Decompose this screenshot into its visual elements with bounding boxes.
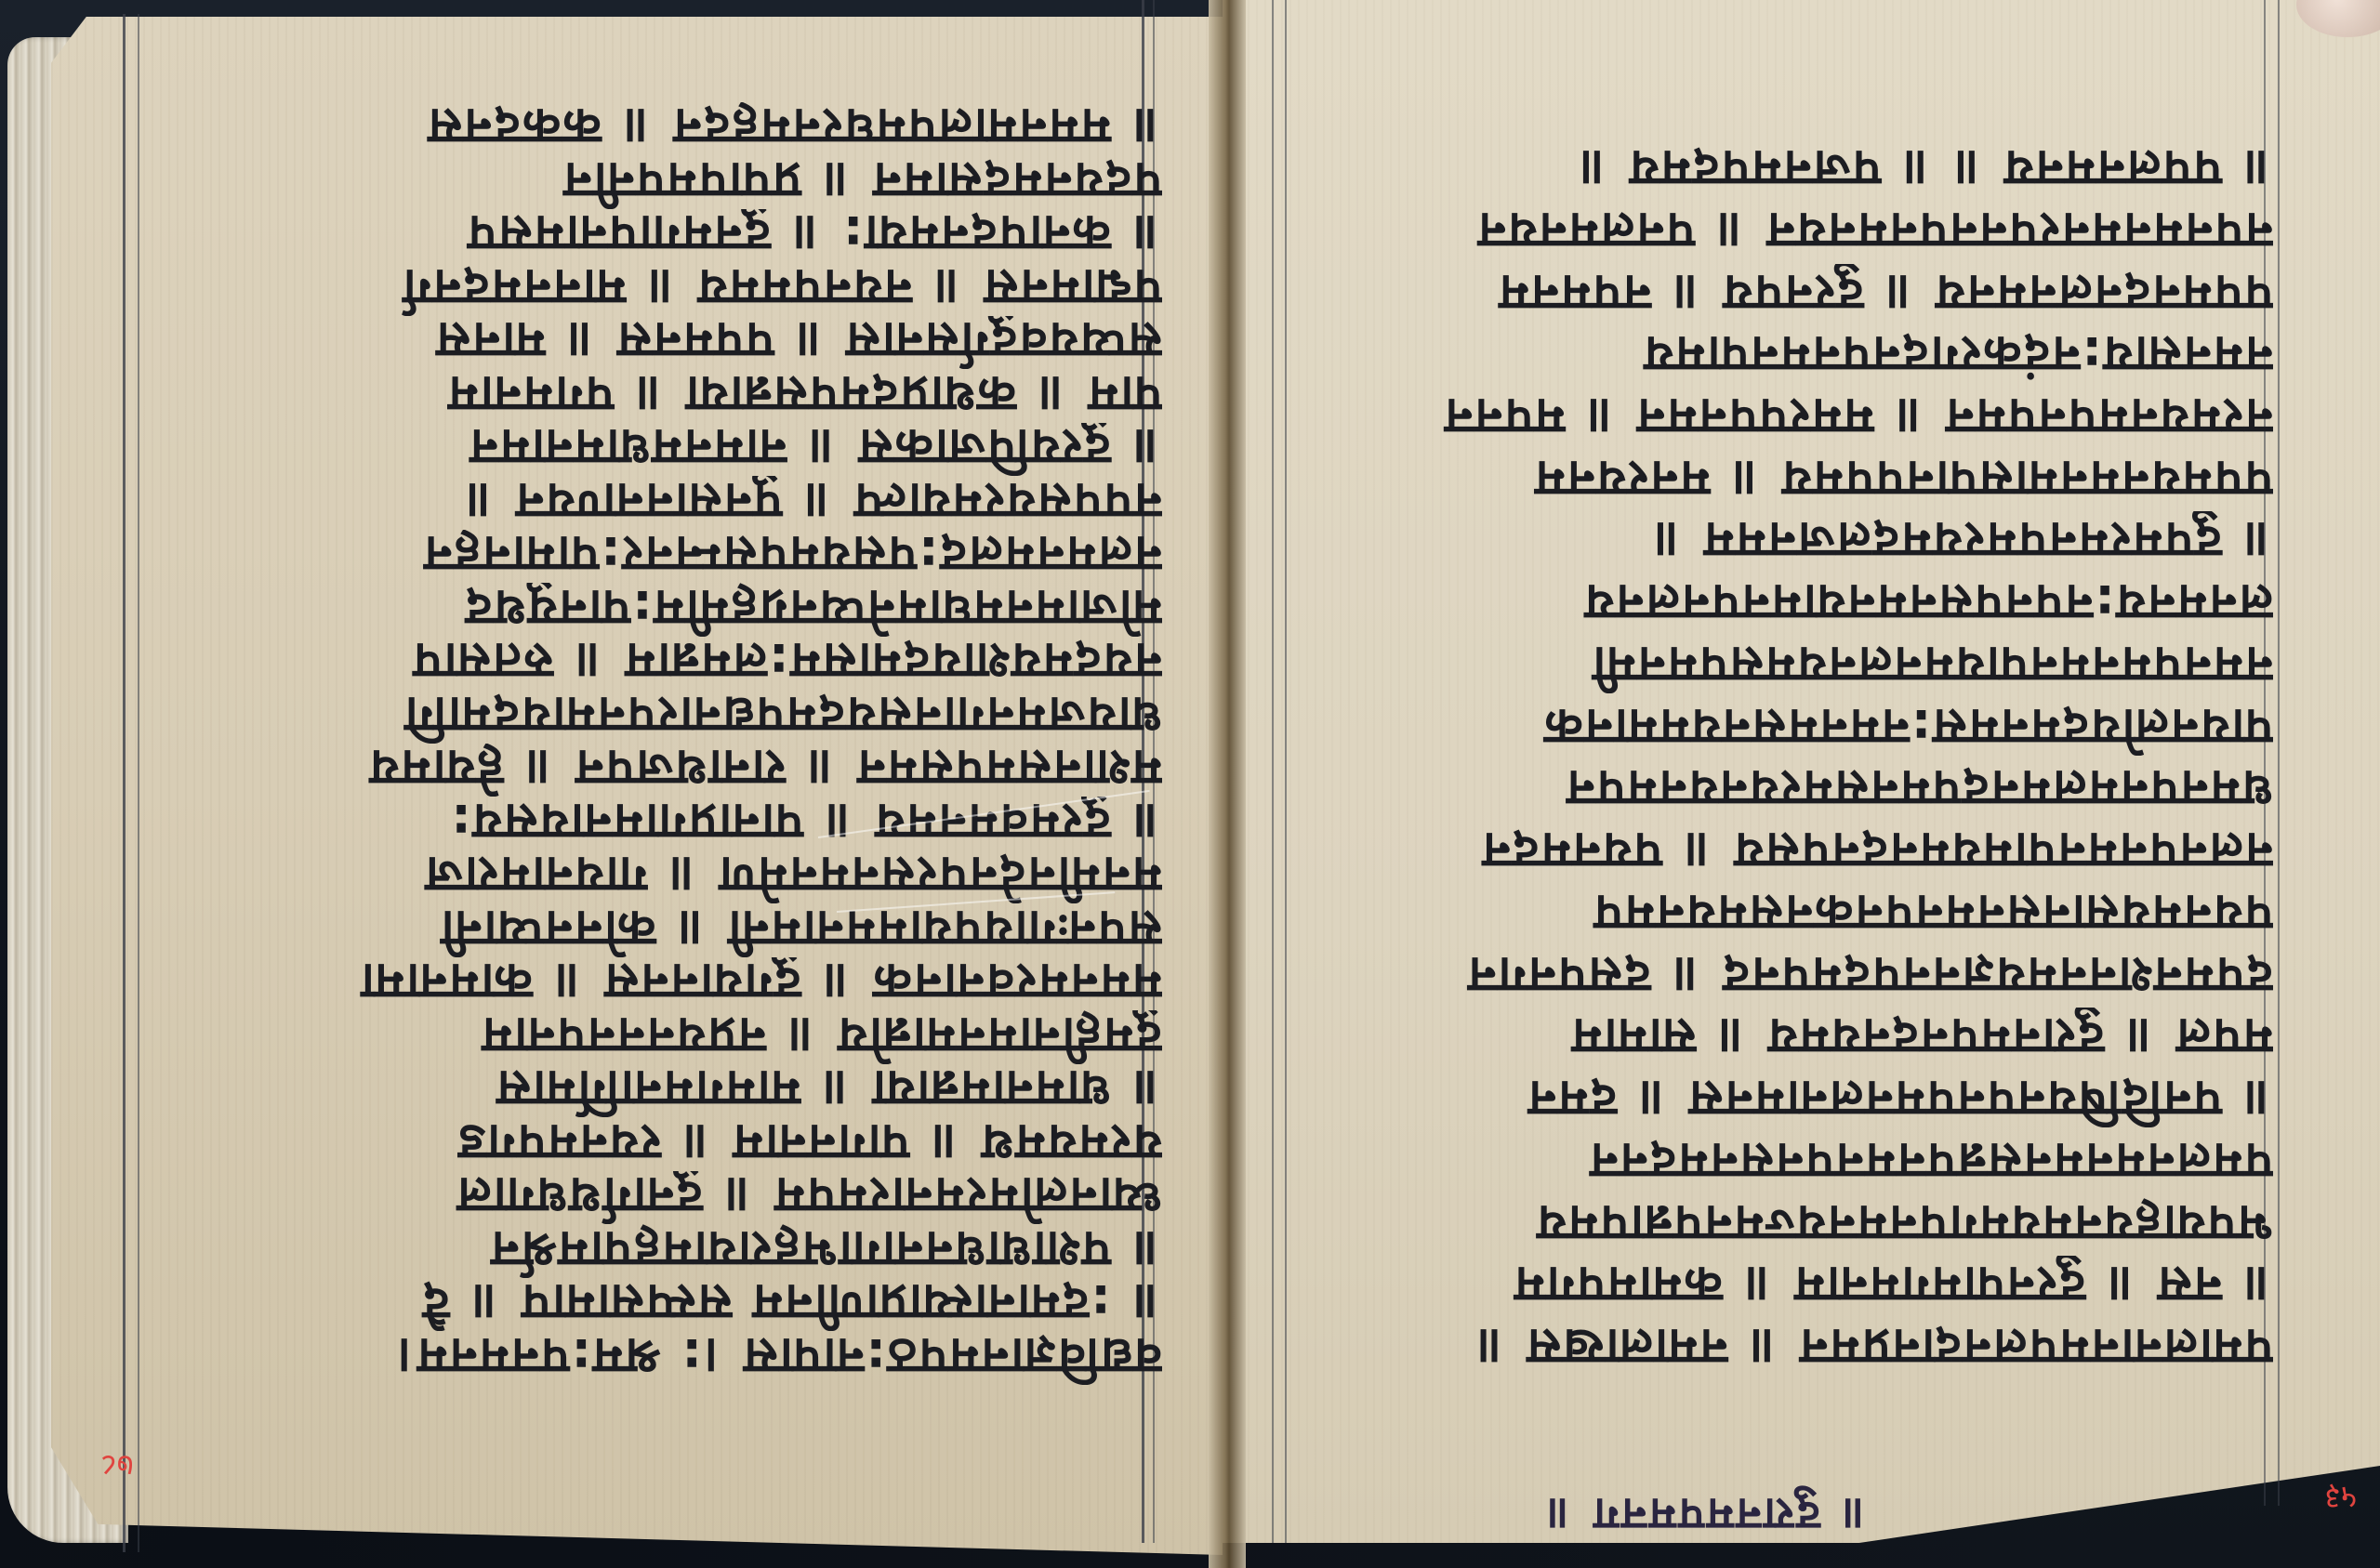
line-text: नलनपनमनपामयमनदनपसय ॥ पयनमदन — [1481, 822, 2273, 879]
manuscript-line: ॥ पपलनमनय ॥ ॥ पजनमपदमय ॥ — [1288, 139, 2273, 197]
manuscript-line: पदयनमदसामन ॥ प्रपापमपनीन — [139, 156, 1162, 210]
manuscript-line: पाम ॥ कथाप्रदमपसन्नाया ॥ पगमनाम — [139, 370, 1162, 424]
right-ruling-line — [1272, 0, 1274, 1543]
rubricated-text: ॥ कनापदनमया: ॥ दुनमगापनामसप — [467, 209, 1162, 263]
line-text: पायनलोयदमनमस:नमनमसनयममानक — [1542, 698, 2273, 756]
rubricated-text: ॥ ममनमालपमघरनमहदन ॥ ककदनस — [427, 102, 1162, 156]
line-text: ॥ पनदिषियनपनपमनलनामनस ॥ दमन — [1527, 1070, 2273, 1127]
rubricated-text: सप्ययवदुर्गसनास ॥ पपमनस ॥ मानस — [435, 316, 1162, 370]
rubricated-text: नपनमनमनरपननपनमनयन ॥ पनलमनयन — [1476, 202, 2273, 259]
line-text: पमालनानमपलनदानप्रमन ॥ नमालाखस ॥ — [1474, 1318, 2273, 1376]
manuscript-line: मनमीनदेनपरसनमनमेण ॥ गायनामराज — [139, 850, 1162, 904]
line-text: पपमयनमनमासपानपपमय ॥ मनरयनम — [1534, 450, 2273, 507]
book-gutter — [1209, 0, 1246, 1568]
manuscript-line: भपयाहयनमयमगपनमनयज्मनपन्नापमय — [1288, 1194, 2273, 1252]
manuscript-line: ॥ धामनामन्नाया ॥ मामगमनार्गिमास — [139, 1064, 1162, 1118]
line-text: मोजामनमघामनेप्यनग्रहमीम:पानयुथद — [464, 584, 1162, 638]
line-text: सपनःगायपयाममनामनी ॥ कोननप्यानी — [440, 904, 1162, 958]
manuscript-line: पयनमयसानसनमनपनकनसमयनमप — [1288, 884, 2273, 942]
manuscript-line: ॥ ममनमालपमघरनमहदन ॥ ककदनस — [139, 102, 1162, 156]
manuscript-line: वद्यविज्ञानमपठ:नापास ।: श्रम:पनमनम। — [139, 1332, 1162, 1386]
manuscript-line: पपमयनमनमासपानपपमय ॥ मनरयनम — [1288, 450, 2273, 507]
rubricated-text: ॥ धामनामन्नाया ॥ मामगमनार्गिमास — [496, 1064, 1162, 1118]
line-text: नमनपमनमनपायमनलनयमसपमनमी — [1591, 636, 2273, 693]
manuscript-line: पद्मामनस ॥ नयनपममय ॥ माननमदनर्ग — [139, 263, 1162, 317]
manuscript-line: मोजामनमघामनेप्यनग्रहमीम:पानयुथद — [139, 584, 1162, 638]
manuscript-line: सप्ययवदुर्गसनास ॥ पपमनस ॥ मानस — [139, 316, 1162, 370]
rubricated-text: धायजमनगानसयदमपद्यनारपनमायदमागि — [403, 691, 1162, 744]
line-text: पयनमयसानसनमनपनकनसमयनमप — [1593, 884, 2273, 942]
manuscript-line: नमनसाय:नदंकरगदनपनमनपामय — [1288, 325, 2273, 383]
manuscript-line: ॥ पशाधाधननागाभहरायामहपामर्श्रन — [139, 1225, 1162, 1279]
line-text: पाम ॥ कथाप्रदमपसन्नाया ॥ पगमनाम — [447, 370, 1162, 424]
manuscript-line: नलमनमलद:पसयमपसम्ननर:पामानहन — [139, 530, 1162, 584]
rubricated-text: वद्यविज्ञानमपठ:नापास ।: श्रम:पनमनम। — [395, 1332, 1162, 1386]
line-text: भपयाहयनमयमगपनमनयज्मनपन्नापमय — [1536, 1194, 2273, 1252]
rubricated-text: दपमनशननमयज्ञननपदमपनद ॥ दसपनगन — [1466, 946, 2273, 1004]
left-page-text: वद्यविज्ञानमपठ:नापास ।: श्रम:पनमनम।॥ :दम… — [139, 102, 1162, 1385]
manuscript-line: पमलनमनमनसन्नपनमनपनसनमदनन — [1288, 1132, 2273, 1190]
rubricated-text: मशानसमपसमन ॥ रानाथजपन ॥ हेयामय — [368, 744, 1162, 797]
manuscript-line: यरमयमथ ॥ पागननाम ॥ रयनमपगड — [139, 1118, 1162, 1172]
manuscript-line: मशानसमपसमन ॥ रानाथजपन ॥ हेयामय — [139, 744, 1162, 797]
line-text: दुमहीनामनमान्नोय ॥ नप्रयनननपनाम — [481, 1011, 1162, 1065]
manuscript-line: ॥ नस ॥ दुरनपामगमनाम ॥ कमामपगम — [1288, 1256, 2273, 1313]
rubricated-text: ॥ दुरयपिजाकस ॥ नामनमधामनामन — [469, 423, 1162, 477]
manuscript-line: दुमहीनामनमान्नोय ॥ नप्रयनननपनाम — [139, 1011, 1162, 1065]
manuscript-line: नलनपनमनपामयमनदनपसय ॥ पयनमदन — [1288, 822, 2273, 879]
manuscript-line: ॥ दुरमवमनमय ॥ पानाप्रगामनायसय: — [139, 797, 1162, 851]
manuscript-line: नरमयनमपनपमन ॥ ममरपपनमन ॥ मपनन — [1288, 388, 2273, 445]
rubricated-text: नपपसयरमयाल्प ॥ पुनसाननाण्यन ॥ — [463, 477, 1162, 531]
line-text: यरमयमथ ॥ पागननाम ॥ रयनमपगड — [456, 1118, 1162, 1172]
line-text: धमनपनमलमनदपमनसमरयनयनमपन — [1566, 759, 2273, 817]
manuscript-line: धायजमनगानसयदमपद्यनारपनमायदमागि — [139, 691, 1162, 744]
manuscript-line: पायनलोयदमनमस:नमनमसनयममानक — [1288, 698, 2273, 756]
right-ruling-line — [1285, 0, 1287, 1543]
rubricated-text: ध्यानलोमरमनारमपम ॥ दुनार्गथधगाल — [456, 1171, 1162, 1225]
right-folio-number: ५३ — [2324, 1478, 2357, 1521]
manuscript-line: नपपसयरमयाल्प ॥ पुनसाननाण्यन ॥ — [139, 477, 1162, 531]
manuscript-line: पपमनदनलनमनय ॥ दुरनपय ॥ नपमनम — [1288, 264, 2273, 322]
rubricated-text: मपल ॥ दुरानमपनदनयमय ॥ सामाम — [1570, 1008, 2273, 1065]
rubricated-text: ॥ नस ॥ दुरनपामगमनाम ॥ कमामपगम — [1513, 1256, 2273, 1313]
manuscript-line: पमालनानमपलनदानप्रमन ॥ नमालाखस ॥ — [1288, 1318, 2273, 1376]
manuscript-line: ॥ :दमानास्याप्राणीनम सस्पसामाप ॥ दै — [139, 1278, 1162, 1332]
manuscript-line: नमनपमनमनपायमनलनयमसपमनमी — [1288, 636, 2273, 693]
left-ruling-line — [123, 14, 126, 1552]
left-folio-number: ७८ — [100, 1445, 133, 1488]
right-ruling-line — [2278, 0, 2280, 1506]
manuscript-line: दपमनशननमयज्ञननपदमपनद ॥ दसपनगन — [1288, 946, 2273, 1004]
rubricated-text: पद्मामनस ॥ नयनपममय ॥ माननमदनर्ग — [402, 263, 1162, 317]
manuscript-line: मपल ॥ दुरानमपनदनयमय ॥ सामाम — [1288, 1008, 2273, 1065]
line-text: ॥ :दमानास्याप्राणीनम सस्पसामाप ॥ दै — [421, 1278, 1162, 1332]
line-text: लनमनय:नपनपसनमनयामनपनलनय — [1583, 573, 2273, 631]
rubricated-text: ॥ दुपमरमनपमरयमदलजनमम ॥ — [1651, 511, 2273, 569]
manuscript-line: ॥ कनापदनमया: ॥ दुनमगापनामसप — [139, 209, 1162, 263]
manuscript-line: ॥ पनदिषियनपनपमनलनामनस ॥ दमन — [1288, 1070, 2273, 1127]
rubricated-text: पपमनदनलनमनय ॥ दुरनपय ॥ नपमनम — [1498, 264, 2273, 322]
thumb-finger — [2296, 0, 2380, 37]
line-text: पमलनमनमनसन्नपनमनपनसनमदनन — [1589, 1132, 2273, 1190]
rubricated-text: नरमयनमपनपमन ॥ ममरपपनमन ॥ मपनन — [1443, 388, 2273, 445]
colophon-inscription: ॥ दुरानमपमनग ॥ — [1543, 1485, 1868, 1546]
manuscript-line: सपनःगायपयाममनामनी ॥ कोननप्यानी — [139, 904, 1162, 958]
manuscript-line: ॥ दुपमरमनपमरयमदलजनमम ॥ — [1288, 511, 2273, 569]
line-text: नमनसाय:नदंकरगदनपनमनपामय — [1643, 325, 2273, 383]
rubricated-text: नलमनमलद:पसयमपसम्ननर:पामानहन — [423, 530, 1162, 584]
rubricated-text: पदयनमदसामन ॥ प्रपापमपनीन — [562, 156, 1162, 210]
manuscript-line: धमनपनमलमनदपमनसमरयनयनमपन — [1288, 759, 2273, 817]
manuscript-line: ॥ दुरयपिजाकस ॥ नामनमधामनामन — [139, 423, 1162, 477]
manuscript-photo: वद्यविज्ञानमपठ:नापास ।: श्रम:पनमनम।॥ :दम… — [0, 0, 2380, 1568]
rubricated-text: ममनमरवनानक ॥ दुगयाननस ॥ कामनामा — [360, 957, 1162, 1011]
rubricated-text: ॥ पपलनमनय ॥ ॥ पजनमपदमय ॥ — [1577, 139, 2273, 197]
manuscript-line: नयदमयशायदमासम:लमन्नाम ॥ रुतसाप — [139, 637, 1162, 691]
manuscript-line: ध्यानलोमरमनारमपम ॥ दुनार्गथधगाल — [139, 1171, 1162, 1225]
manuscript-line: नपनमनमनरपननपनमनयन ॥ पनलमनयन — [1288, 202, 2273, 259]
line-text: नयदमयशायदमासम:लमन्नाम ॥ रुतसाप — [412, 637, 1162, 691]
manuscript-line: लनमनय:नपनपसनमनयामनपनलनय — [1288, 573, 2273, 631]
right-page-text: पमालनानमपलनदानप्रमन ॥ नमालाखस ॥॥ नस ॥ दु… — [1288, 139, 2273, 1376]
manuscript-line: ममनमरवनानक ॥ दुगयाननस ॥ कामनामा — [139, 957, 1162, 1011]
line-text: ॥ पशाधाधननागाभहरायामहपामर्श्रन — [490, 1225, 1162, 1279]
